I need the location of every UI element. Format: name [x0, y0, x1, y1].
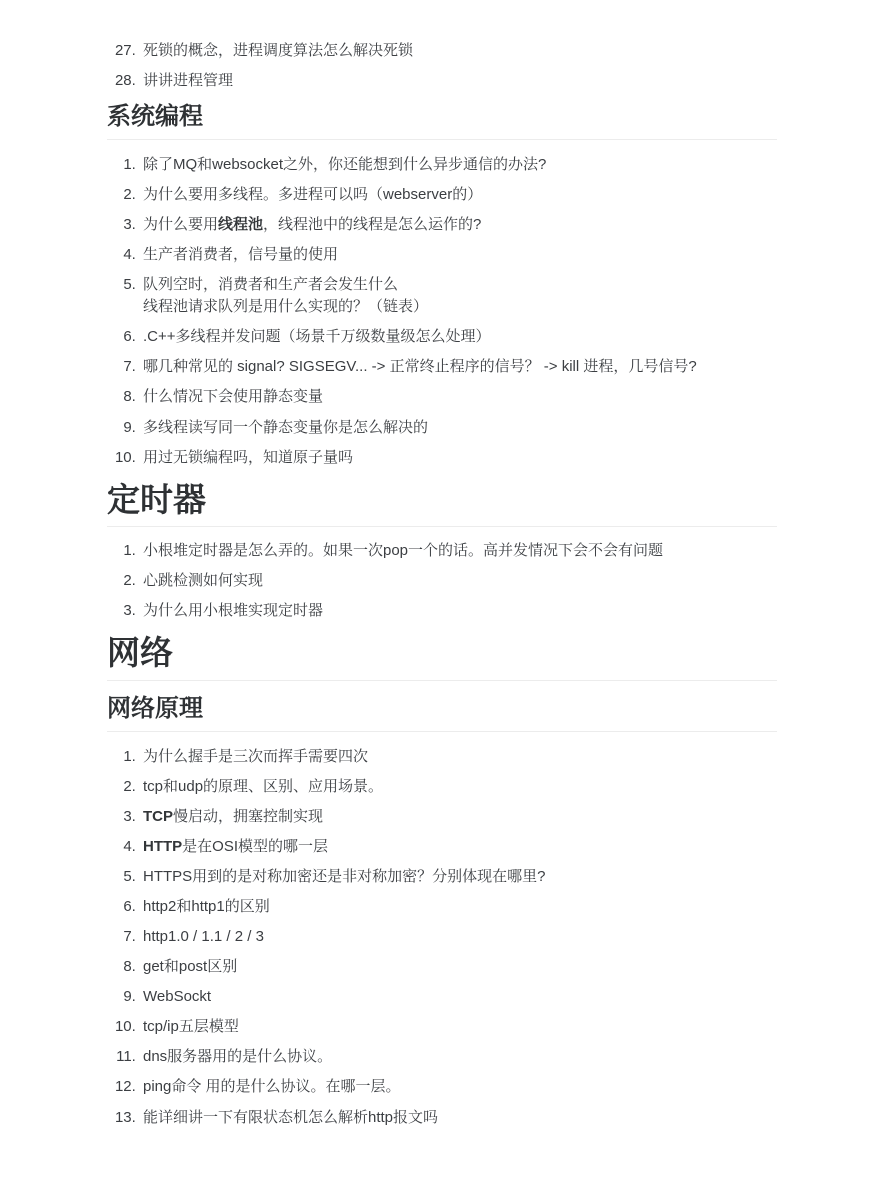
- list-item: 为什么要用线程池，线程池中的线程是怎么运作的?: [140, 214, 777, 236]
- list-item: 为什么用小根堆实现定时器: [140, 600, 777, 622]
- list-item: TCP慢启动，拥塞控制实现: [140, 806, 777, 828]
- bold-text: TCP: [143, 808, 173, 825]
- list-item: 队列空时，消费者和生产者会发生什么线程池请求队列是用什么实现的？（链表）: [140, 274, 777, 318]
- list-item: .C++多线程并发问题（场景千万级数量级怎么处理）: [140, 326, 777, 348]
- section-heading-system-programming: 系统编程: [107, 102, 777, 140]
- list-item: 心跳检测如何实现: [140, 570, 777, 592]
- list-item: 除了MQ和websocket之外，你还能想到什么异步通信的办法?: [140, 154, 777, 176]
- list-item: 为什么要用多线程。多进程可以吗（webserver的）: [140, 184, 777, 206]
- section-heading-network-principles: 网络原理: [107, 694, 777, 732]
- list-item: 用过无锁编程吗，知道原子量吗: [140, 447, 777, 469]
- section-heading-timer: 定时器: [107, 480, 777, 528]
- network-principles-question-list: 为什么握手是三次而挥手需要四次tcp和udp的原理、区别、应用场景。TCP慢启动…: [107, 746, 777, 1129]
- list-item: 为什么握手是三次而挥手需要四次: [140, 746, 777, 768]
- bold-text: 线程池: [218, 216, 263, 233]
- list-item: http1.0 / 1.1 / 2 / 3: [140, 926, 777, 948]
- list-item: tcp和udp的原理、区别、应用场景。: [140, 776, 777, 798]
- list-item: tcp/ip五层模型: [140, 1016, 777, 1038]
- list-item: 什么情况下会使用静态变量: [140, 386, 777, 408]
- process-management-question-list: 死锁的概念，进程调度算法怎么解决死锁讲讲进程管理: [107, 40, 777, 92]
- document-page: 死锁的概念，进程调度算法怎么解决死锁讲讲进程管理 系统编程 除了MQ和webso…: [107, 0, 777, 1177]
- timer-question-list: 小根堆定时器是怎么弄的。如果一次pop一个的话。高并发情况下会不会有问题心跳检测…: [107, 540, 777, 622]
- list-item: http2和http1的区别: [140, 896, 777, 918]
- list-item: get和post区别: [140, 956, 777, 978]
- system-programming-question-list: 除了MQ和websocket之外，你还能想到什么异步通信的办法?为什么要用多线程…: [107, 154, 777, 469]
- list-item: 讲讲进程管理: [140, 70, 777, 92]
- list-item: 死锁的概念，进程调度算法怎么解决死锁: [140, 40, 777, 62]
- section-heading-network: 网络: [107, 633, 777, 681]
- list-item: 能详细讲一下有限状态机怎么解析http报文吗: [140, 1107, 777, 1129]
- list-item: 小根堆定时器是怎么弄的。如果一次pop一个的话。高并发情况下会不会有问题: [140, 540, 777, 562]
- bold-text: HTTP: [143, 838, 182, 855]
- list-item: ping命令 用的是什么协议。在哪一层。: [140, 1076, 777, 1098]
- list-item: WebSockt: [140, 986, 777, 1008]
- list-item: 多线程读写同一个静态变量你是怎么解决的: [140, 417, 777, 439]
- list-item: dns服务器用的是什么协议。: [140, 1046, 777, 1068]
- list-item: HTTPS用到的是对称加密还是非对称加密？分别体现在哪里?: [140, 866, 777, 888]
- list-item: HTTP是在OSI模型的哪一层: [140, 836, 777, 858]
- list-item: 哪几种常见的 signal? SIGSEGV... -> 正常终止程序的信号？ …: [140, 356, 777, 378]
- list-item: 生产者消费者，信号量的使用: [140, 244, 777, 266]
